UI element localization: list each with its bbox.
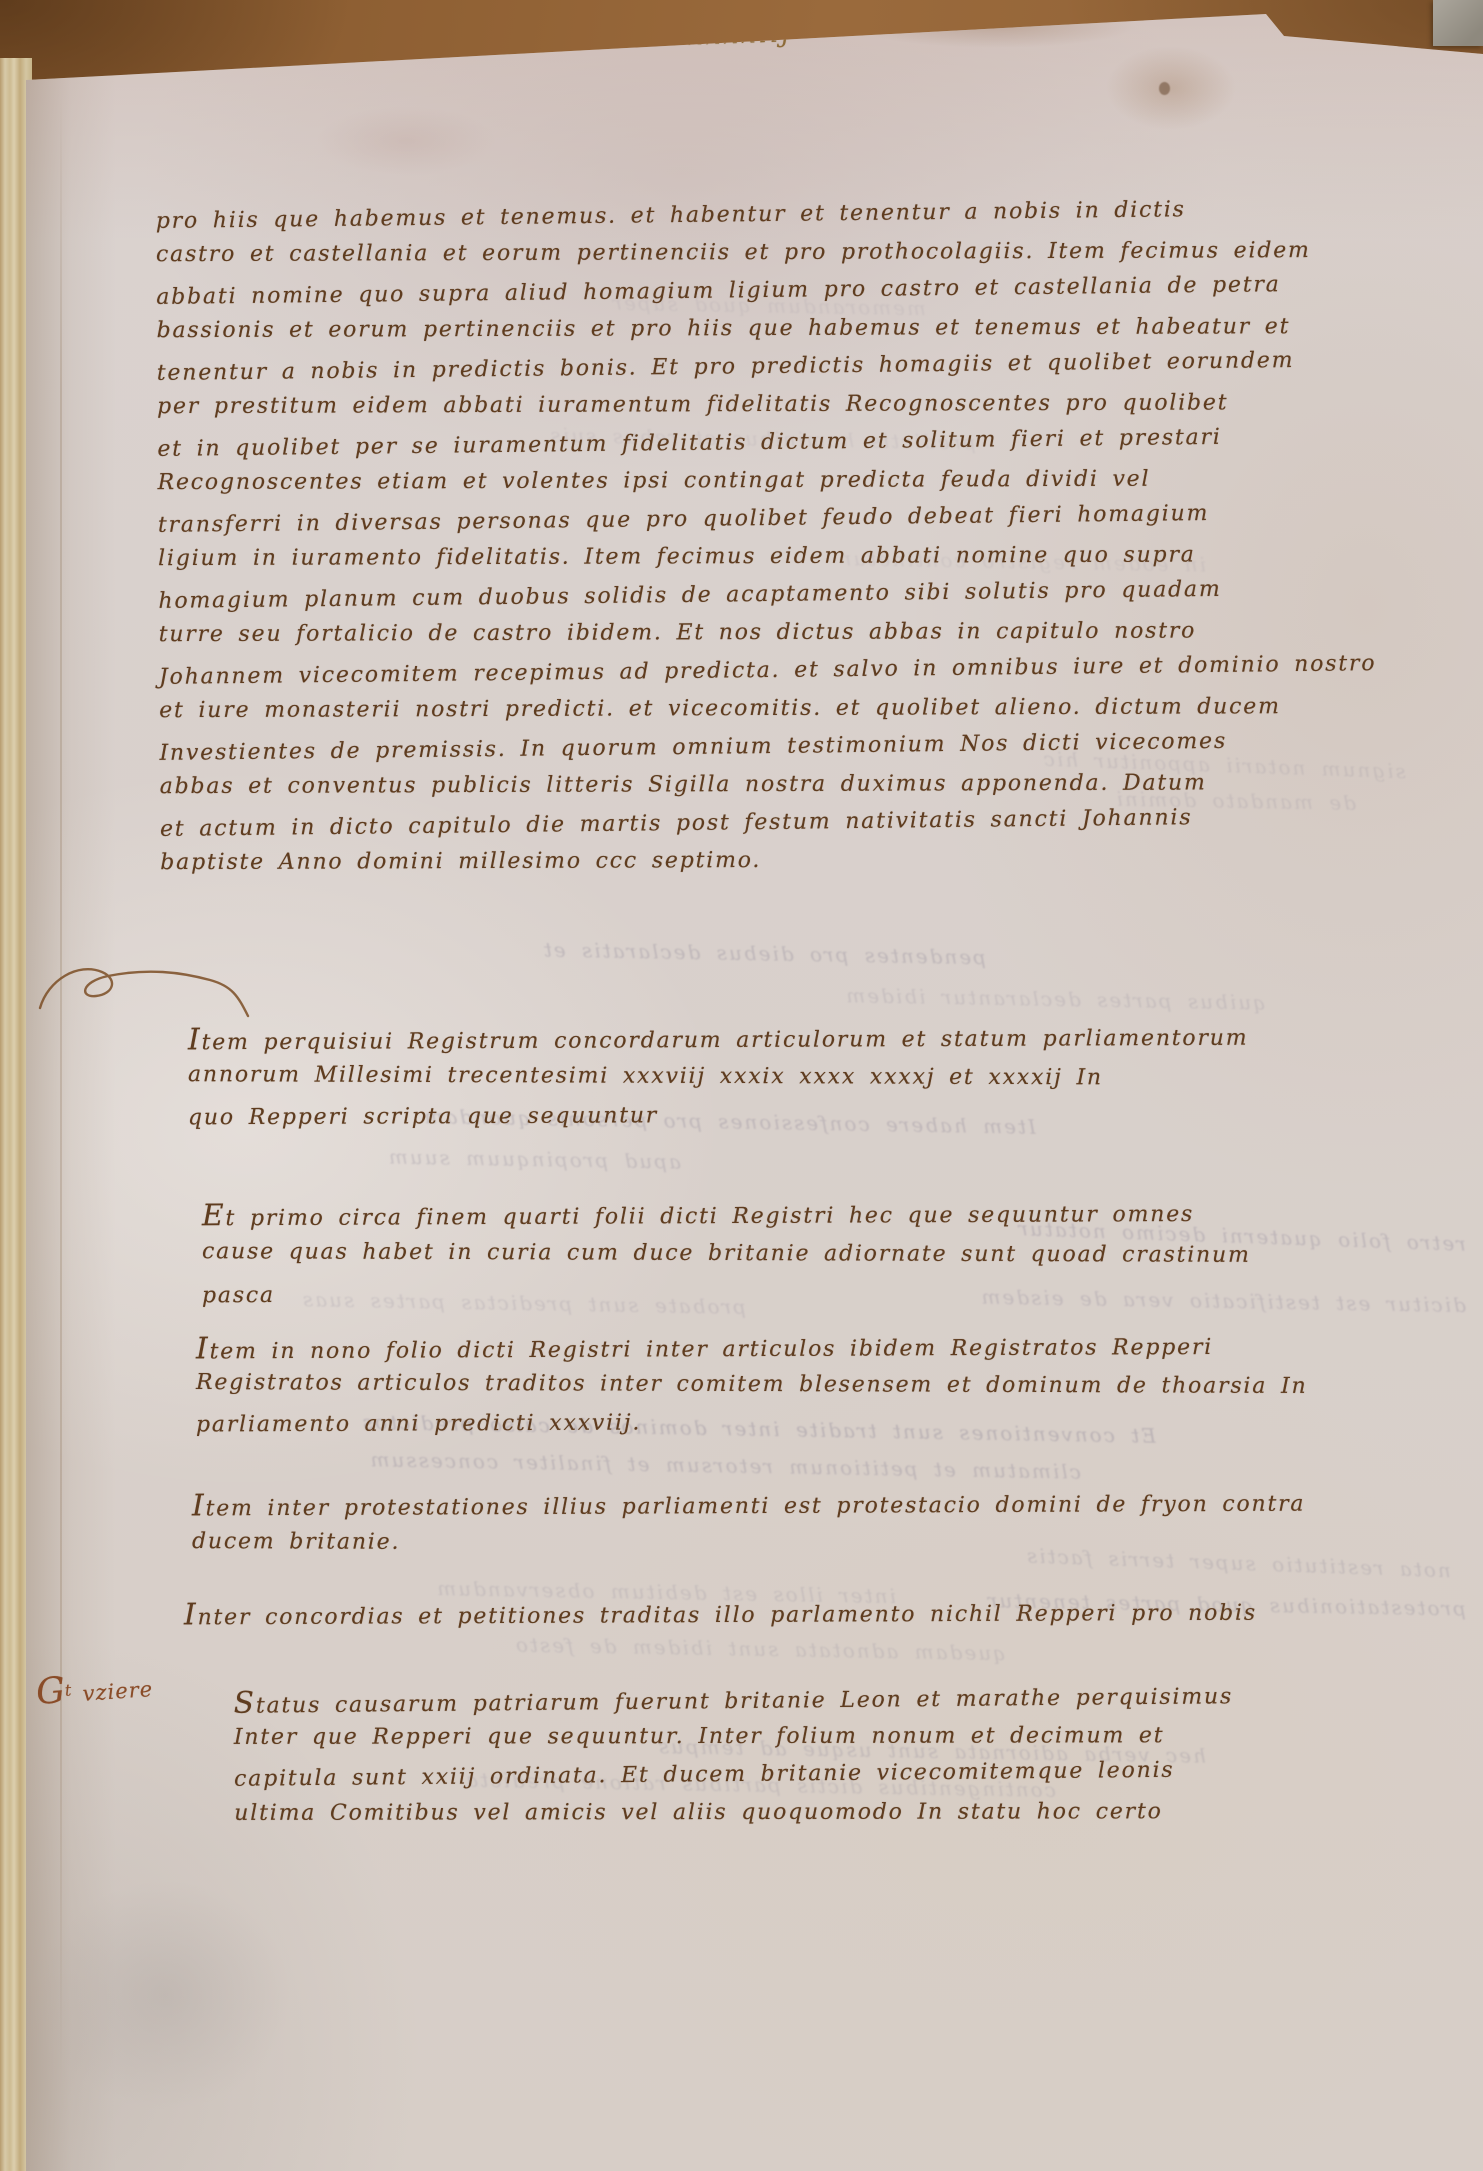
manuscript-line: Et primo circa finem quarti folii dicti … (202, 1192, 1251, 1237)
manuscript-line: cause quas habet in curia cum duce brita… (202, 1232, 1251, 1276)
parchment-page: memorandum quod superpredictis hominibus… (26, 0, 1483, 2171)
manuscript-line: Item perquisiui Registrum concordarum ar… (188, 1016, 1249, 1060)
margin-note-text: vziere (82, 1677, 154, 1706)
manuscript-line: Status causarum patriarum fuerunt britan… (234, 1675, 1234, 1723)
manuscript-line: Item in nono folio dicti Registri inter … (196, 1326, 1308, 1369)
stain (40, 1880, 290, 2110)
bleedthrough-line: pendentes pro diebus declaratis et (386, 935, 986, 969)
margin-note-superscript: t (64, 1680, 72, 1699)
manuscript-line: parliamento anni predicti xxxviij. (196, 1402, 1308, 1445)
manuscript-line: Inter que Repperi que sequuntur. Inter f… (234, 1717, 1233, 1757)
corner-tab (1433, 0, 1483, 46)
bleedthrough-line: climatum et petitionum retorsum et final… (201, 1444, 1081, 1483)
text-block-status: Status causarum patriarum fuerunt britan… (234, 1677, 1234, 1834)
manuscript-line: Registratos articulos traditos inter com… (196, 1364, 1308, 1406)
manuscript-line: Item inter protestationes illius parliam… (192, 1482, 1305, 1527)
manuscript-photo: memorandum quod superpredictis hominibus… (0, 0, 1483, 2171)
text-block-concordias: Inter concordias et petitiones traditas … (184, 1594, 1257, 1632)
manuscript-line: pasca (202, 1272, 1251, 1317)
manuscript-line: ultima Comitibus vel amicis vel aliis qu… (234, 1793, 1233, 1833)
manuscript-line: quo Repperi scripta que sequuntur (188, 1094, 1249, 1138)
manuscript-line: baptiste Anno domini millesimo ccc septi… (160, 840, 1378, 882)
stain (316, 106, 496, 176)
bleedthrough-line: quedam adnotata sunt ibidem de festo (306, 1629, 1006, 1665)
text-block-primo-folio: Et primo circa finem quarti folii dicti … (202, 1194, 1251, 1314)
text-block-registrum: Item perquisiui Registrum concordarum ar… (188, 1018, 1248, 1135)
margin-note-initial: G (35, 1670, 67, 1713)
ink-spot (1159, 82, 1170, 95)
bleedthrough-line: apud propinquum suum (261, 1142, 681, 1173)
stain (1106, 46, 1236, 130)
margin-crease (60, 95, 62, 2075)
bleedthrough-line: quibus partes declarantur ibidem (626, 979, 1266, 1014)
manuscript-line: Inter concordias et petitiones traditas … (184, 1592, 1257, 1635)
manuscript-line: ducem britanie. (192, 1522, 1305, 1566)
text-block-protestationes: Item inter protestationes illius parliam… (192, 1484, 1305, 1564)
margin-note: Gt vziere (35, 1664, 154, 1713)
manuscript-line: capitula sunt xxiij ordinata. Et ducem b… (234, 1751, 1234, 1799)
manuscript-line: annorum Millesimi trecentesimi xxxviij x… (188, 1055, 1249, 1098)
text-block-nono-folio: Item in nono folio dicti Registri inter … (196, 1328, 1307, 1442)
text-block-charter: pro hiis que habemus et tenemus. et habe… (156, 192, 1378, 884)
